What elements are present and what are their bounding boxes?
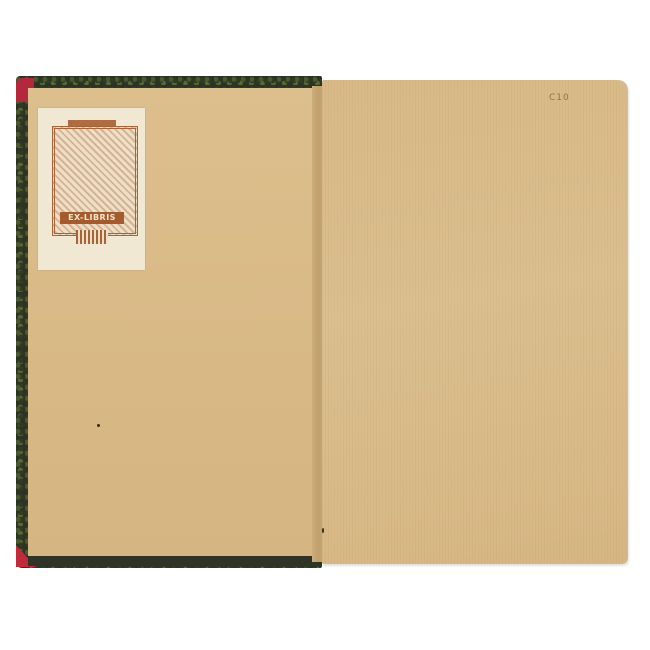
bookplate-label: EX-LIBRIS [60,212,124,224]
bookplate-ornament [76,230,108,244]
binding-hole [322,528,324,533]
pencil-annotation: C10 [549,93,570,103]
ex-libris-bookplate: EX-LIBRIS [38,108,145,270]
open-book: EX-LIBRIS C10 [0,0,650,650]
cover-bottom-edge [28,556,320,566]
paper-speck [97,424,100,427]
right-blank-page [322,80,628,564]
